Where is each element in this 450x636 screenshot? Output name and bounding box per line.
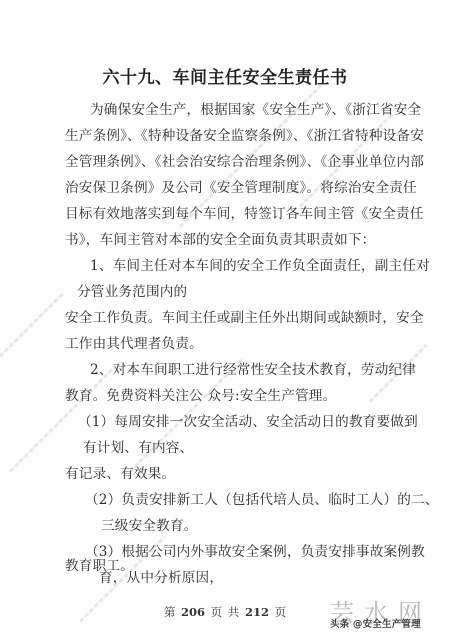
paragraph-line: 治安保卫条例》及公司《安全管理制度》。将综治安全责任 — [65, 176, 417, 196]
sub-item-line: 三级安全教育。 — [101, 514, 198, 534]
page-prefix: 第 — [164, 605, 176, 619]
page-suffix: 页 — [275, 605, 287, 619]
list-item-line: 2、对本车间职工进行经常性安全技术教育，劳动纪律 — [90, 358, 416, 378]
list-item-line: 分管业务范围内的 — [77, 280, 187, 300]
paragraph-line: 为确保安全生产，根据国家《安全生产》、《浙江省安全 — [90, 98, 421, 118]
paragraph-line: 全管理条例》、《社会治安综合治理条例》、《企事业单位内部 — [65, 150, 424, 170]
paragraph-line: 生产条例》、《特种设备安全监察条例》、《浙江省特种设备安 — [65, 124, 424, 144]
paragraph-line: 教育。免费资料关注公 众号:安全生产管理。 — [65, 384, 336, 404]
total-pages: 212 — [245, 605, 269, 619]
sub-item-line: 有计划、有内容、 — [83, 436, 193, 456]
paragraph-line: 目标有效地落实到每个车间，特签订各车间主管《安全责任 — [65, 202, 424, 222]
site-logo-watermark: 芸水网 头条 @安全生产管理 — [330, 600, 442, 636]
paragraph-line: 教育职工。 — [65, 554, 134, 574]
diagonal-watermark — [0, 292, 65, 358]
document-title: 六十九、车间主任安全生责任书 — [0, 63, 450, 88]
paragraph-line: 安全工作负责。车间主任或副主任外出期间或缺额时，安全 — [65, 306, 424, 326]
document-page: 六十九、车间主任安全生责任书 为确保安全生产，根据国家《安全生产》、《浙江省安全… — [0, 0, 450, 636]
sub-item-line: 有记录、有效果。 — [65, 462, 175, 482]
sub-item-line: （3）根据公司内外事故安全案例，负责安排事故案例教 — [85, 540, 425, 560]
sub-item-line: （1）每周安排一次安全活动、安全活动日的教育要做到 — [78, 410, 418, 430]
page-mid: 页 共 — [211, 605, 240, 619]
current-page: 206 — [181, 605, 205, 619]
author-overlay-text: 头条 @安全生产管理 — [330, 616, 421, 630]
list-item-line: 1、车间主任对本车间的安全工作负全面责任，副主任对 — [90, 254, 430, 274]
paragraph-line: 书》，车间主管对本部的安全全面负责其职责如下： — [65, 228, 375, 248]
sub-item-line: （2）负责安排新工人（包括代培人员、临时工人）的二、 — [85, 488, 439, 508]
paragraph-line: 工作由其代理者负责。 — [65, 332, 203, 352]
